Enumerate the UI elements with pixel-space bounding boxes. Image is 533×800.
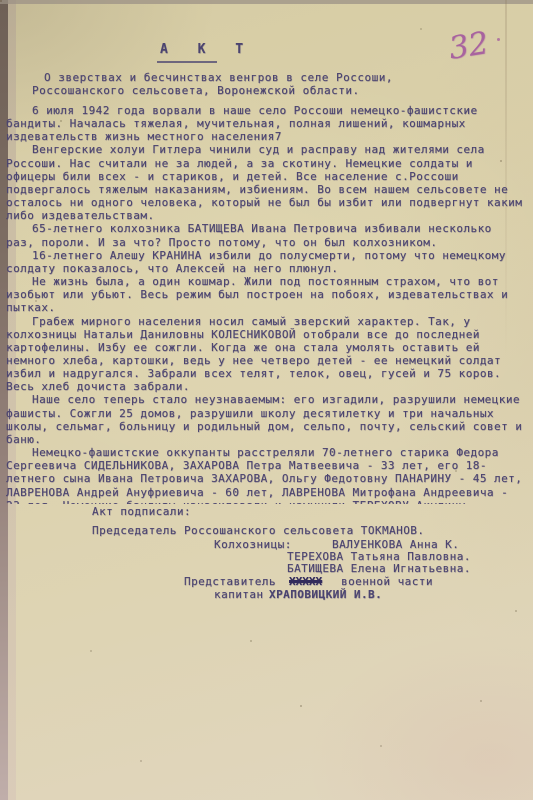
signature-representative-suffix: военной части [341,575,433,588]
signature-chairman: Председатель Россошанского сельсовета ТО… [92,524,424,537]
paragraph-executions: Немецко-фашистские оккупанты расстреляли… [6,446,524,504]
document-subtitle: О зверствах и бесчинствах венгров в селе… [0,71,393,97]
paper-edge-top [0,0,533,4]
signature-representative-label: Представитель [184,575,276,588]
signature-captain-name: ХРАПОВИЦКИЙ И.В. [269,588,382,601]
paragraph-intro-date: 6 июля 1942 года ворвали в наше село Рос… [6,104,524,143]
signature-captain-label: капитан [214,588,264,601]
page-number-dot [497,38,500,41]
signatures-intro: Акт подписали: [92,505,191,518]
subtitle-line-1: О зверствах и бесчинствах венгров в селе… [0,71,393,84]
censored-unit-number: ХХХХХ [289,575,322,588]
paragraph-village-destroyed: Наше село теперь стало неузнаваемым: его… [6,393,524,446]
handwritten-page-number: 32 [446,25,491,67]
subtitle-line-2: Россошанского сельсовета, Воронежской об… [0,84,393,97]
document-body: 6 июля 1942 года ворвали в наше село Рос… [6,104,524,504]
title-underline [157,61,217,63]
document-title: А К Т [160,42,254,57]
paragraph-batishchev: 65-летнего колхозника БАТИЩЕВА Ивана Пет… [6,222,524,248]
paragraph-nightmare: Не жизнь была, а один кошмар. Жили под п… [6,275,524,314]
paragraph-looting: Грабеж мирного населения носил самый зве… [6,315,524,394]
signature-group-label: Колхозницы: [214,538,292,551]
scanned-document-photo: 32 А К Т О зверствах и бесчинствах венгр… [0,0,533,800]
paragraph-hungarian-lackeys: Венгерские холуи Гитлера чинили суд и ра… [6,143,524,222]
paper-speckles [0,0,2,2]
signature-kolkhoznitsa-3: БАТИЩЕВА Елена Игнатьевна. [287,562,471,575]
paragraph-kranin: 16-летнего Алешу КРАНИНА избили до полус… [6,249,524,275]
